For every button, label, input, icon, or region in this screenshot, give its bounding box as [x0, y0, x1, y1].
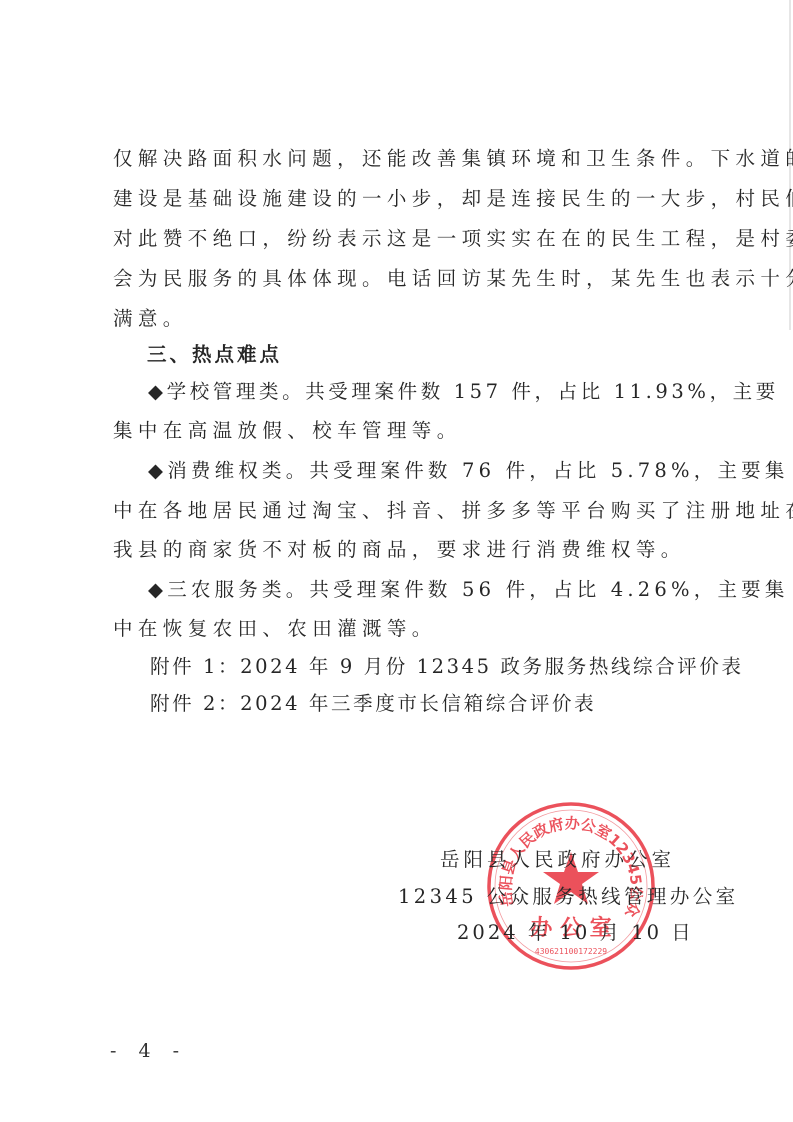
signature-org-1: 岳阳县人民政府办公室	[440, 848, 675, 872]
list-item-agriculture: ◆三农服务类。共受理案件数 56 件，占比 4.26%，主要集	[148, 578, 789, 602]
document-page: 仅解决路面积水问题，还能改善集镇环境和卫生条件。下水道的 建设是基础设施建设的一…	[0, 0, 793, 1122]
body-text-line: 对此赞不绝口，纷纷表示这是一项实实在在的民生工程，是村委	[113, 227, 793, 251]
body-text-line: 会为民服务的具体体现。电话回访某先生时，某先生也表示十分	[113, 267, 793, 291]
list-item-consumer-cont: 我县的商家货不对板的商品，要求进行消费维权等。	[113, 538, 686, 562]
signature-org-2: 12345 公众服务热线管理办公室	[398, 885, 739, 909]
seal-code: 430621100172229	[535, 947, 607, 956]
list-item-consumer-cont: 中在各地居民通过淘宝、抖音、拼多多等平台购买了注册地址在	[113, 499, 793, 523]
list-item-consumer: ◆消费维权类。共受理案件数 76 件，占比 5.78%，主要集	[148, 459, 789, 483]
signature-date: 2024 年 10 月 10 日	[457, 921, 694, 945]
section-heading: 三、热点难点	[147, 343, 282, 367]
page-number: - 4 -	[110, 1040, 187, 1062]
body-text-line: 建设是基础设施建设的一小步，却是连接民生的一大步，村民们	[113, 187, 793, 211]
list-item-school: ◆学校管理类。共受理案件数 157 件，占比 11.93%，主要	[148, 380, 779, 404]
list-item-agriculture-cont: 中在恢复农田、农田灌溉等。	[113, 617, 437, 641]
attachment-1: 附件 1：2024 年 9 月份 12345 政务服务热线综合评价表	[150, 655, 744, 679]
attachment-2: 附件 2：2024 年三季度市长信箱综合评价表	[150, 692, 596, 716]
list-item-school-cont: 集中在高温放假、校车管理等。	[113, 419, 462, 443]
body-text-line: 满意。	[113, 307, 188, 331]
body-text-line: 仅解决路面积水问题，还能改善集镇环境和卫生条件。下水道的	[113, 147, 793, 171]
